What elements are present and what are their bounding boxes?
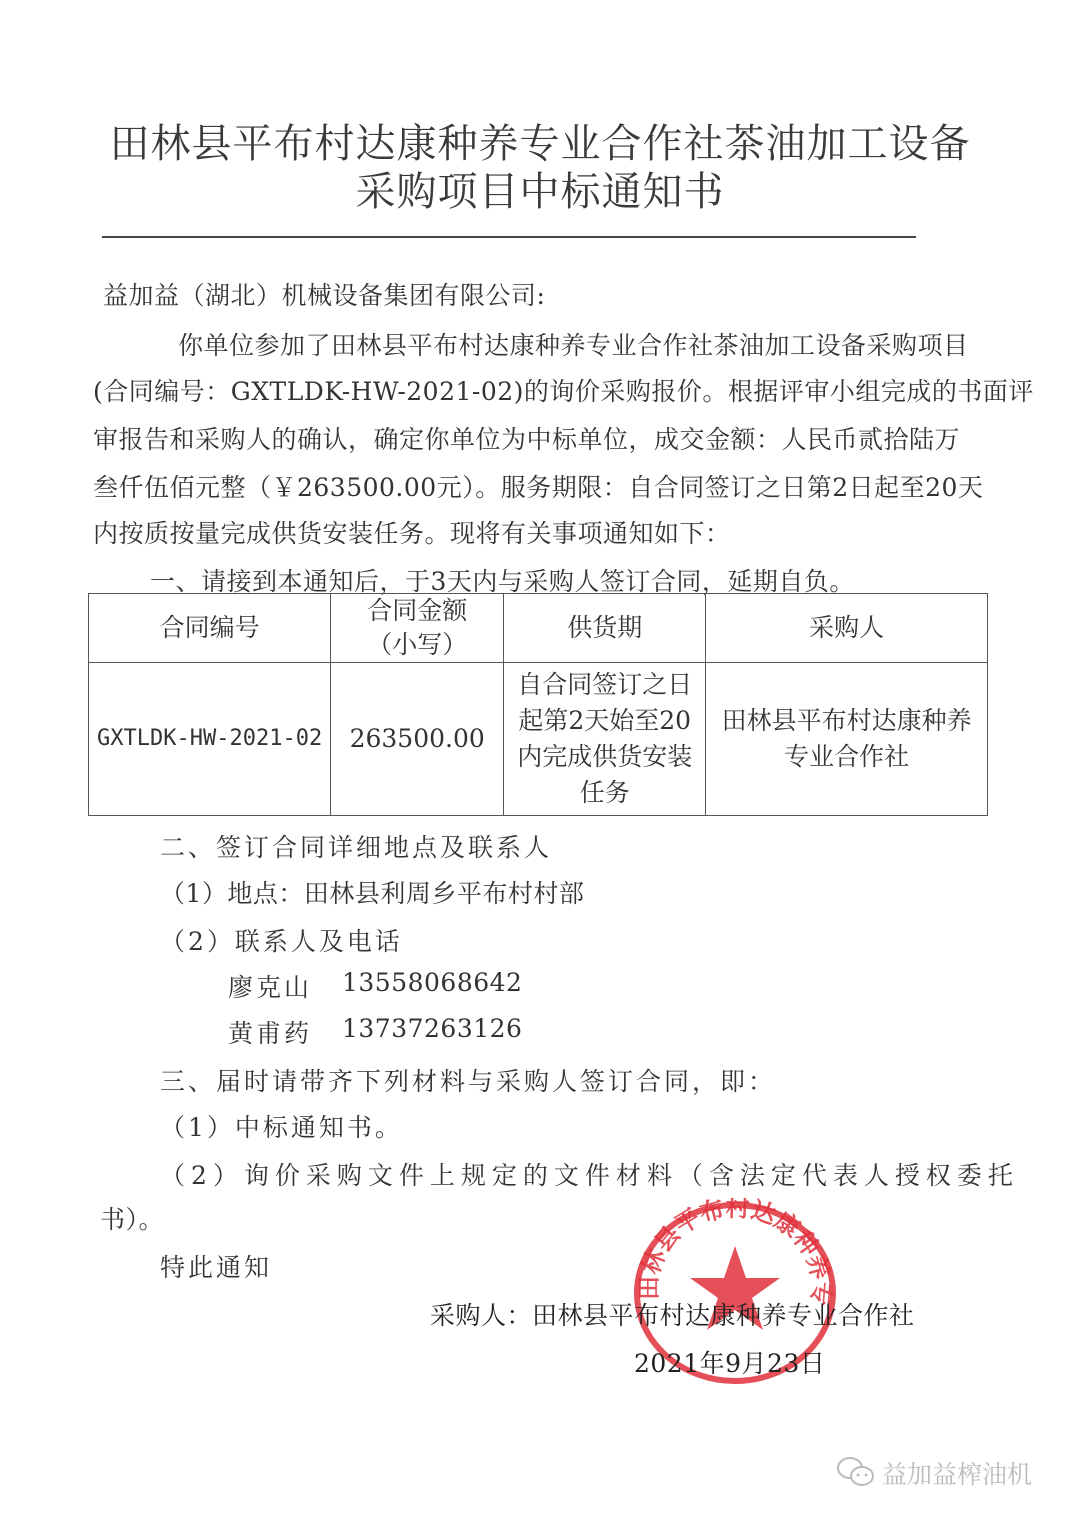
header-contract-no: 合同编号 [89,594,331,663]
watermark: 益加益榨油机 [836,1455,1032,1491]
header-purchaser: 采购人 [706,594,988,663]
watermark-text: 益加益榨油机 [882,1455,1032,1491]
cell-supply-period: 自合同签订之日 起第2天始至20 内完成供货安装 任务 [504,663,706,816]
document-title-line2: 采购项目中标通知书 [0,160,1080,217]
contact-name: 黄甫药 [228,1014,312,1050]
contract-table: 合同编号 合同金额 （小写） 供货期 采购人 GXTLDK-HW-2021-02… [88,593,988,816]
body-line-2: (合同编号：GXTLDK-HW-2021-02)的询价采购报价。根据评审小组完成… [93,372,1034,408]
header-supply-period: 供货期 [504,594,706,663]
supply-period-line: 自合同签订之日 [510,667,699,703]
supply-period-line: 任务 [510,775,699,811]
title-divider [102,236,916,238]
contacts-label: （2）联系人及电话 [160,922,403,958]
header-amount: 合同金额 （小写） [331,594,504,663]
cell-purchaser: 田林县平布村达康种养 专业合作社 [706,663,988,816]
table-row: GXTLDK-HW-2021-02 263500.00 自合同签订之日 起第2天… [89,663,988,816]
section-3: 三、届时请带齐下列材料与采购人签订合同，即： [160,1062,776,1098]
location: （1）地点：田林县利周乡平布村村部 [160,874,584,910]
material-item: （1）中标通知书。 [160,1108,403,1144]
cell-contract-no: GXTLDK-HW-2021-02 [89,663,331,816]
table-header-row: 合同编号 合同金额 （小写） 供货期 采购人 [89,594,988,663]
supply-period-line: 起第2天始至20 [510,703,699,739]
cell-amount: 263500.00 [331,663,504,816]
contact-phone: 13737263126 [342,1014,522,1043]
addressee: 益加益（湖北）机械设备集团有限公司: [103,276,545,312]
section-2: 二、签订合同详细地点及联系人 [160,828,552,864]
body-line-4: 叁仟伍佰元整（￥263500.00元）。服务期限：自合同签订之日第2日起至20天 [93,468,983,504]
signature: 采购人：田林县平布村达康种养专业合作社 [430,1296,915,1332]
date: 2021年9月23日 [634,1344,825,1380]
closing: 特此通知 [160,1248,272,1284]
body-line-5: 内按质按量完成供货安装任务。现将有关事项通知如下： [93,514,731,550]
header-amount-line2: （小写） [337,628,497,662]
material-item-continued: 书）。 [100,1200,164,1236]
contact-phone: 13558068642 [342,968,522,997]
purchaser-line: 田林县平布村达康种养 [712,703,981,739]
wechat-icon [836,1456,876,1490]
material-item: （2）询价采购文件上规定的文件材料（含法定代表人授权委托 [160,1156,1019,1192]
header-amount-line1: 合同金额 [337,594,497,628]
supply-period-line: 内完成供货安装 [510,739,699,775]
body-line-1: 你单位参加了田林县平布村达康种养专业合作社茶油加工设备采购项目 [178,326,969,362]
contact-name: 廖克山 [228,968,312,1004]
purchaser-line: 专业合作社 [712,739,981,775]
body-line-3: 审报告和采购人的确认，确定你单位为中标单位，成交金额：人民币贰拾陆万 [93,420,960,456]
